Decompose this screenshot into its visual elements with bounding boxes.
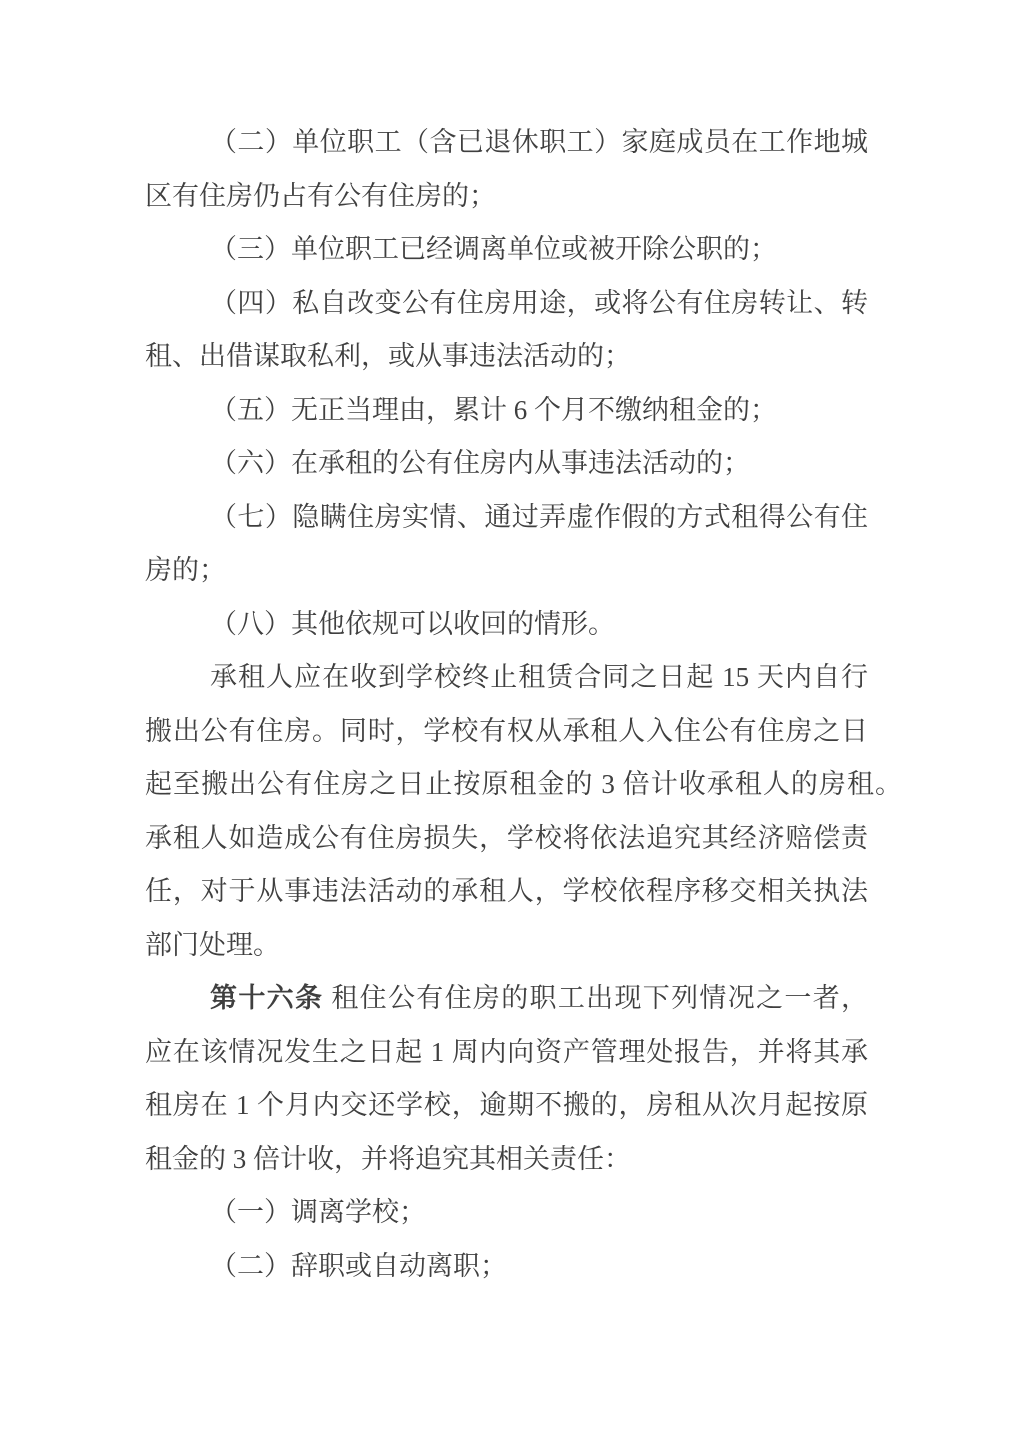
clause-v-line: （五）无正当理由，累计 6 个月不缴纳租金的；: [145, 384, 868, 438]
clause-viii-line: （八）其他依规可以收回的情形。: [145, 598, 868, 652]
article-16-line-2: 应在该情况发生之日起 1 周内向资产管理处报告，并将其承: [145, 1026, 868, 1080]
item-ii-line: （二）辞职或自动离职；: [145, 1240, 868, 1294]
article-16-number: 第十六条: [210, 983, 323, 1013]
item-i-line: （一）调离学校；: [145, 1186, 868, 1240]
document-page: （二）单位职工（含已退休职工）家庭成员在工作地城 区有住房仍占有公有住房的； （…: [0, 0, 1024, 1448]
text-block: （二）单位职工（含已退休职工）家庭成员在工作地城 区有住房仍占有公有住房的； （…: [145, 116, 868, 1293]
clause-iv-line-2: 租、出借谋取私利，或从事违法活动的；: [145, 330, 868, 384]
removal-paragraph-line-2: 搬出公有住房。同时，学校有权从承租人入住公有住房之日: [145, 705, 868, 759]
article-16-line-1: 第十六条 租住公有住房的职工出现下列情况之一者，: [145, 972, 868, 1026]
clause-vii-line-2: 房的；: [145, 544, 868, 598]
removal-paragraph-line-4: 承租人如造成公有住房损失，学校将依法追究其经济赔偿责: [145, 812, 868, 866]
article-16-text: 租住公有住房的职工出现下列情况之一者，: [323, 983, 868, 1013]
removal-paragraph-line-3: 起至搬出公有住房之日止按原租金的 3 倍计收承租人的房租。: [145, 758, 902, 812]
clause-iv-line-1: （四）私自改变公有住房用途，或将公有住房转让、转: [145, 277, 868, 331]
removal-paragraph-line-5: 任，对于从事违法活动的承租人，学校依程序移交相关执法: [145, 865, 868, 919]
clause-ii-line-2: 区有住房仍占有公有住房的；: [145, 170, 868, 224]
article-16-line-4: 租金的 3 倍计收，并将追究其相关责任：: [145, 1133, 868, 1187]
removal-paragraph-line-6: 部门处理。: [145, 919, 868, 973]
clause-vii-line-1: （七）隐瞒住房实情、通过弄虚作假的方式租得公有住: [145, 491, 868, 545]
article-16-line-3: 租房在 1 个月内交还学校，逾期不搬的，房租从次月起按原: [145, 1079, 868, 1133]
clause-vi-line: （六）在承租的公有住房内从事违法活动的；: [145, 437, 868, 491]
clause-ii-line-1: （二）单位职工（含已退休职工）家庭成员在工作地城: [145, 116, 868, 170]
clause-iii-line: （三）单位职工已经调离单位或被开除公职的；: [145, 223, 868, 277]
removal-paragraph-line-1: 承租人应在收到学校终止租赁合同之日起 15 天内自行: [145, 651, 868, 705]
